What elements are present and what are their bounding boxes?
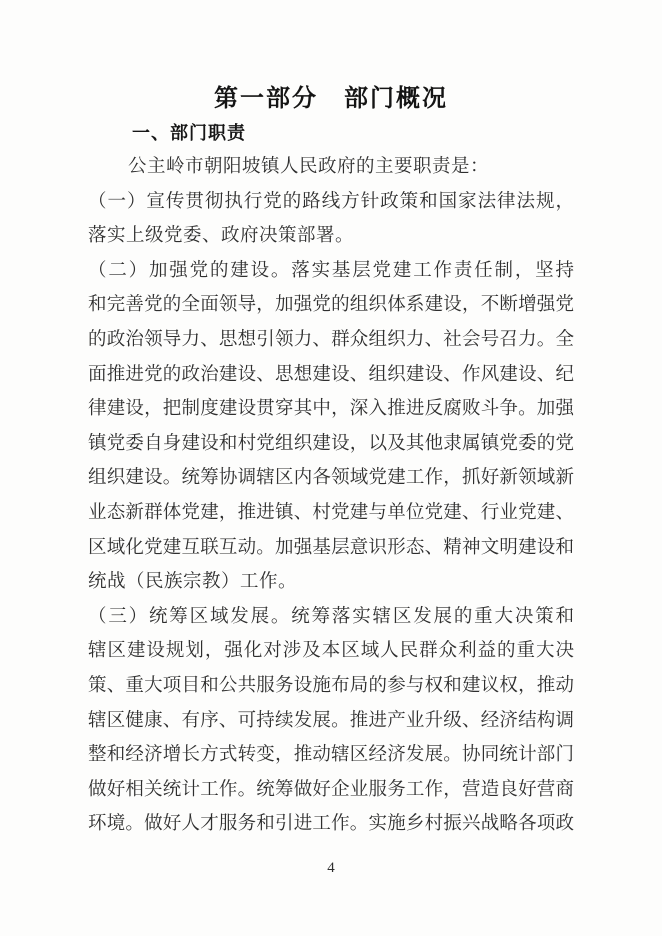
- section-heading: 一、部门职责: [132, 119, 246, 145]
- document-body: 公主岭市朝阳坡镇人民政府的主要职责是： （一）宣传贯彻执行党的路线方针政策和国家…: [88, 150, 574, 842]
- body-line: 辖区健康、有序、可持续发展。推进产业升级、经济结构调: [88, 704, 574, 739]
- body-line: （一）宣传贯彻执行党的路线方针政策和国家法律法规，: [88, 185, 574, 220]
- body-line: 区域化党建互联互动。加强基层意识形态、精神文明建设和: [88, 531, 574, 566]
- body-line: 和完善党的全面领导，加强党的组织体系建设，不断增强党: [88, 288, 574, 323]
- body-line: 统战（民族宗教）工作。: [88, 565, 574, 600]
- body-line: 镇党委自身建设和村党组织建设，以及其他隶属镇党委的党: [88, 427, 574, 462]
- body-line: 业态新群体党建，推进镇、村党建与单位党建、行业党建、: [88, 496, 574, 531]
- body-line: （二）加强党的建设。落实基层党建工作责任制，坚持: [88, 254, 574, 289]
- body-line: 做好相关统计工作。统筹做好企业服务工作，营造良好营商: [88, 773, 574, 808]
- body-line: （三）统筹区域发展。统筹落实辖区发展的重大决策和: [88, 600, 574, 635]
- document-title: 第一部分 部门概况: [0, 78, 662, 113]
- document-page: 第一部分 部门概况 一、部门职责 公主岭市朝阳坡镇人民政府的主要职责是： （一）…: [0, 0, 662, 936]
- body-line: 辖区建设规划，强化对涉及本区域人民群众利益的重大决: [88, 634, 574, 669]
- body-line: 整和经济增长方式转变，推动辖区经济发展。协同统计部门: [88, 738, 574, 773]
- body-line: 的政治领导力、思想引领力、群众组织力、社会号召力。全: [88, 323, 574, 358]
- body-line: 组织建设。统筹协调辖区内各领域党建工作，抓好新领域新: [88, 461, 574, 496]
- body-line: 面推进党的政治建设、思想建设、组织建设、作风建设、纪: [88, 358, 574, 393]
- body-line: 公主岭市朝阳坡镇人民政府的主要职责是：: [88, 150, 574, 185]
- page-number: 4: [0, 860, 662, 877]
- body-line: 策、重大项目和公共服务设施布局的参与权和建议权，推动: [88, 669, 574, 704]
- body-line: 律建设，把制度建设贯穿其中，深入推进反腐败斗争。加强: [88, 392, 574, 427]
- body-line: 落实上级党委、政府决策部署。: [88, 219, 574, 254]
- body-line: 环境。做好人才服务和引进工作。实施乡村振兴战略各项政: [88, 807, 574, 842]
